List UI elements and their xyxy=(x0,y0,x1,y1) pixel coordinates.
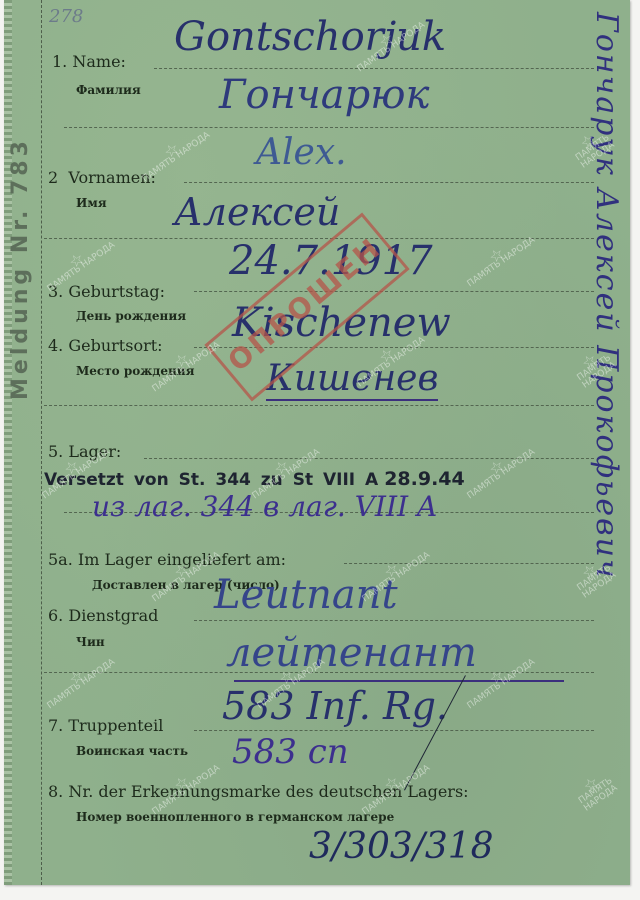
field-birthplace-label: 4. Geburtsort: xyxy=(48,336,163,355)
field-firstname-label: 2 Vornamen: xyxy=(48,168,156,187)
field-camp-value-handwritten: из лаг. 344 в лаг. VIII A xyxy=(92,490,437,523)
field-rank-value-latin: Leutnant xyxy=(214,572,398,618)
transfer-typed-stamp: Versetzt von St. 344 zu St VIII A28.9.44 xyxy=(44,468,465,490)
rule-line xyxy=(44,405,594,406)
margin-rule xyxy=(41,0,42,885)
perforated-edge xyxy=(4,0,12,885)
field-rank-value-cyrillic: лейтенант xyxy=(226,630,477,676)
card-serial-number: Meldung Nr. 783 xyxy=(8,137,33,400)
field-rank-label: 6. Dienstgrad xyxy=(48,606,158,625)
field-unit-value-latin: 583 Inf. Rg. xyxy=(222,684,448,728)
watermark: ☆ПАМЯТЬ НАРОДА xyxy=(461,441,537,502)
field-unit-value-cyrillic: 583 сп xyxy=(232,732,349,772)
rule-line xyxy=(184,182,594,183)
field-rank-label-ru: Чин xyxy=(76,635,105,649)
field-tag-number-label-ru: Номер военнопленного в германском лагере xyxy=(76,810,394,824)
rule-line xyxy=(144,458,594,459)
watermark: ☆ПАМЯТЬ НАРОДА xyxy=(560,761,631,822)
field-name-label: 1. Name: xyxy=(52,52,126,71)
field-birthdate-label: 3. Geburtstag: xyxy=(48,282,165,301)
rule-line xyxy=(344,563,594,564)
rank-underline xyxy=(234,680,564,682)
field-birthdate-label-ru: День рождения xyxy=(76,309,186,323)
field-firstname-label-ru: Имя xyxy=(76,196,107,210)
rule-line xyxy=(154,68,594,69)
field-name-label-ru: Фамилия xyxy=(76,83,141,97)
rule-line xyxy=(194,730,594,731)
margin-note-full-name: Гончарук Алексей Прокофьевич xyxy=(589,12,624,580)
field-unit-label-ru: Воинская часть xyxy=(76,744,188,758)
field-unit-label: 7. Truppenteil xyxy=(48,716,163,735)
pencil-number: 278 xyxy=(49,6,83,27)
watermark: ☆ПАМЯТЬ НАРОДА xyxy=(41,651,117,712)
rule-line xyxy=(194,620,594,621)
field-name-value-cyrillic: Гончарюк xyxy=(219,72,429,118)
rule-line xyxy=(64,127,594,128)
field-name-value-latin: Gontschorjuk xyxy=(174,14,446,60)
rule-line xyxy=(194,291,594,292)
pow-registration-card: Meldung Nr. 783 278 1. Name: Фамилия Gon… xyxy=(4,0,630,885)
field-birthplace-label-ru: Место рождения xyxy=(76,364,195,378)
field-arrival-label: 5a. Im Lager eingeliefert am: xyxy=(48,550,286,569)
field-firstname-value-latin: Alex. xyxy=(256,132,347,173)
field-camp-label: 5. Lager: xyxy=(48,442,121,461)
field-firstname-value-cyrillic: Алексей xyxy=(174,190,340,234)
field-tag-number-value: 3/303/318 xyxy=(309,826,494,867)
